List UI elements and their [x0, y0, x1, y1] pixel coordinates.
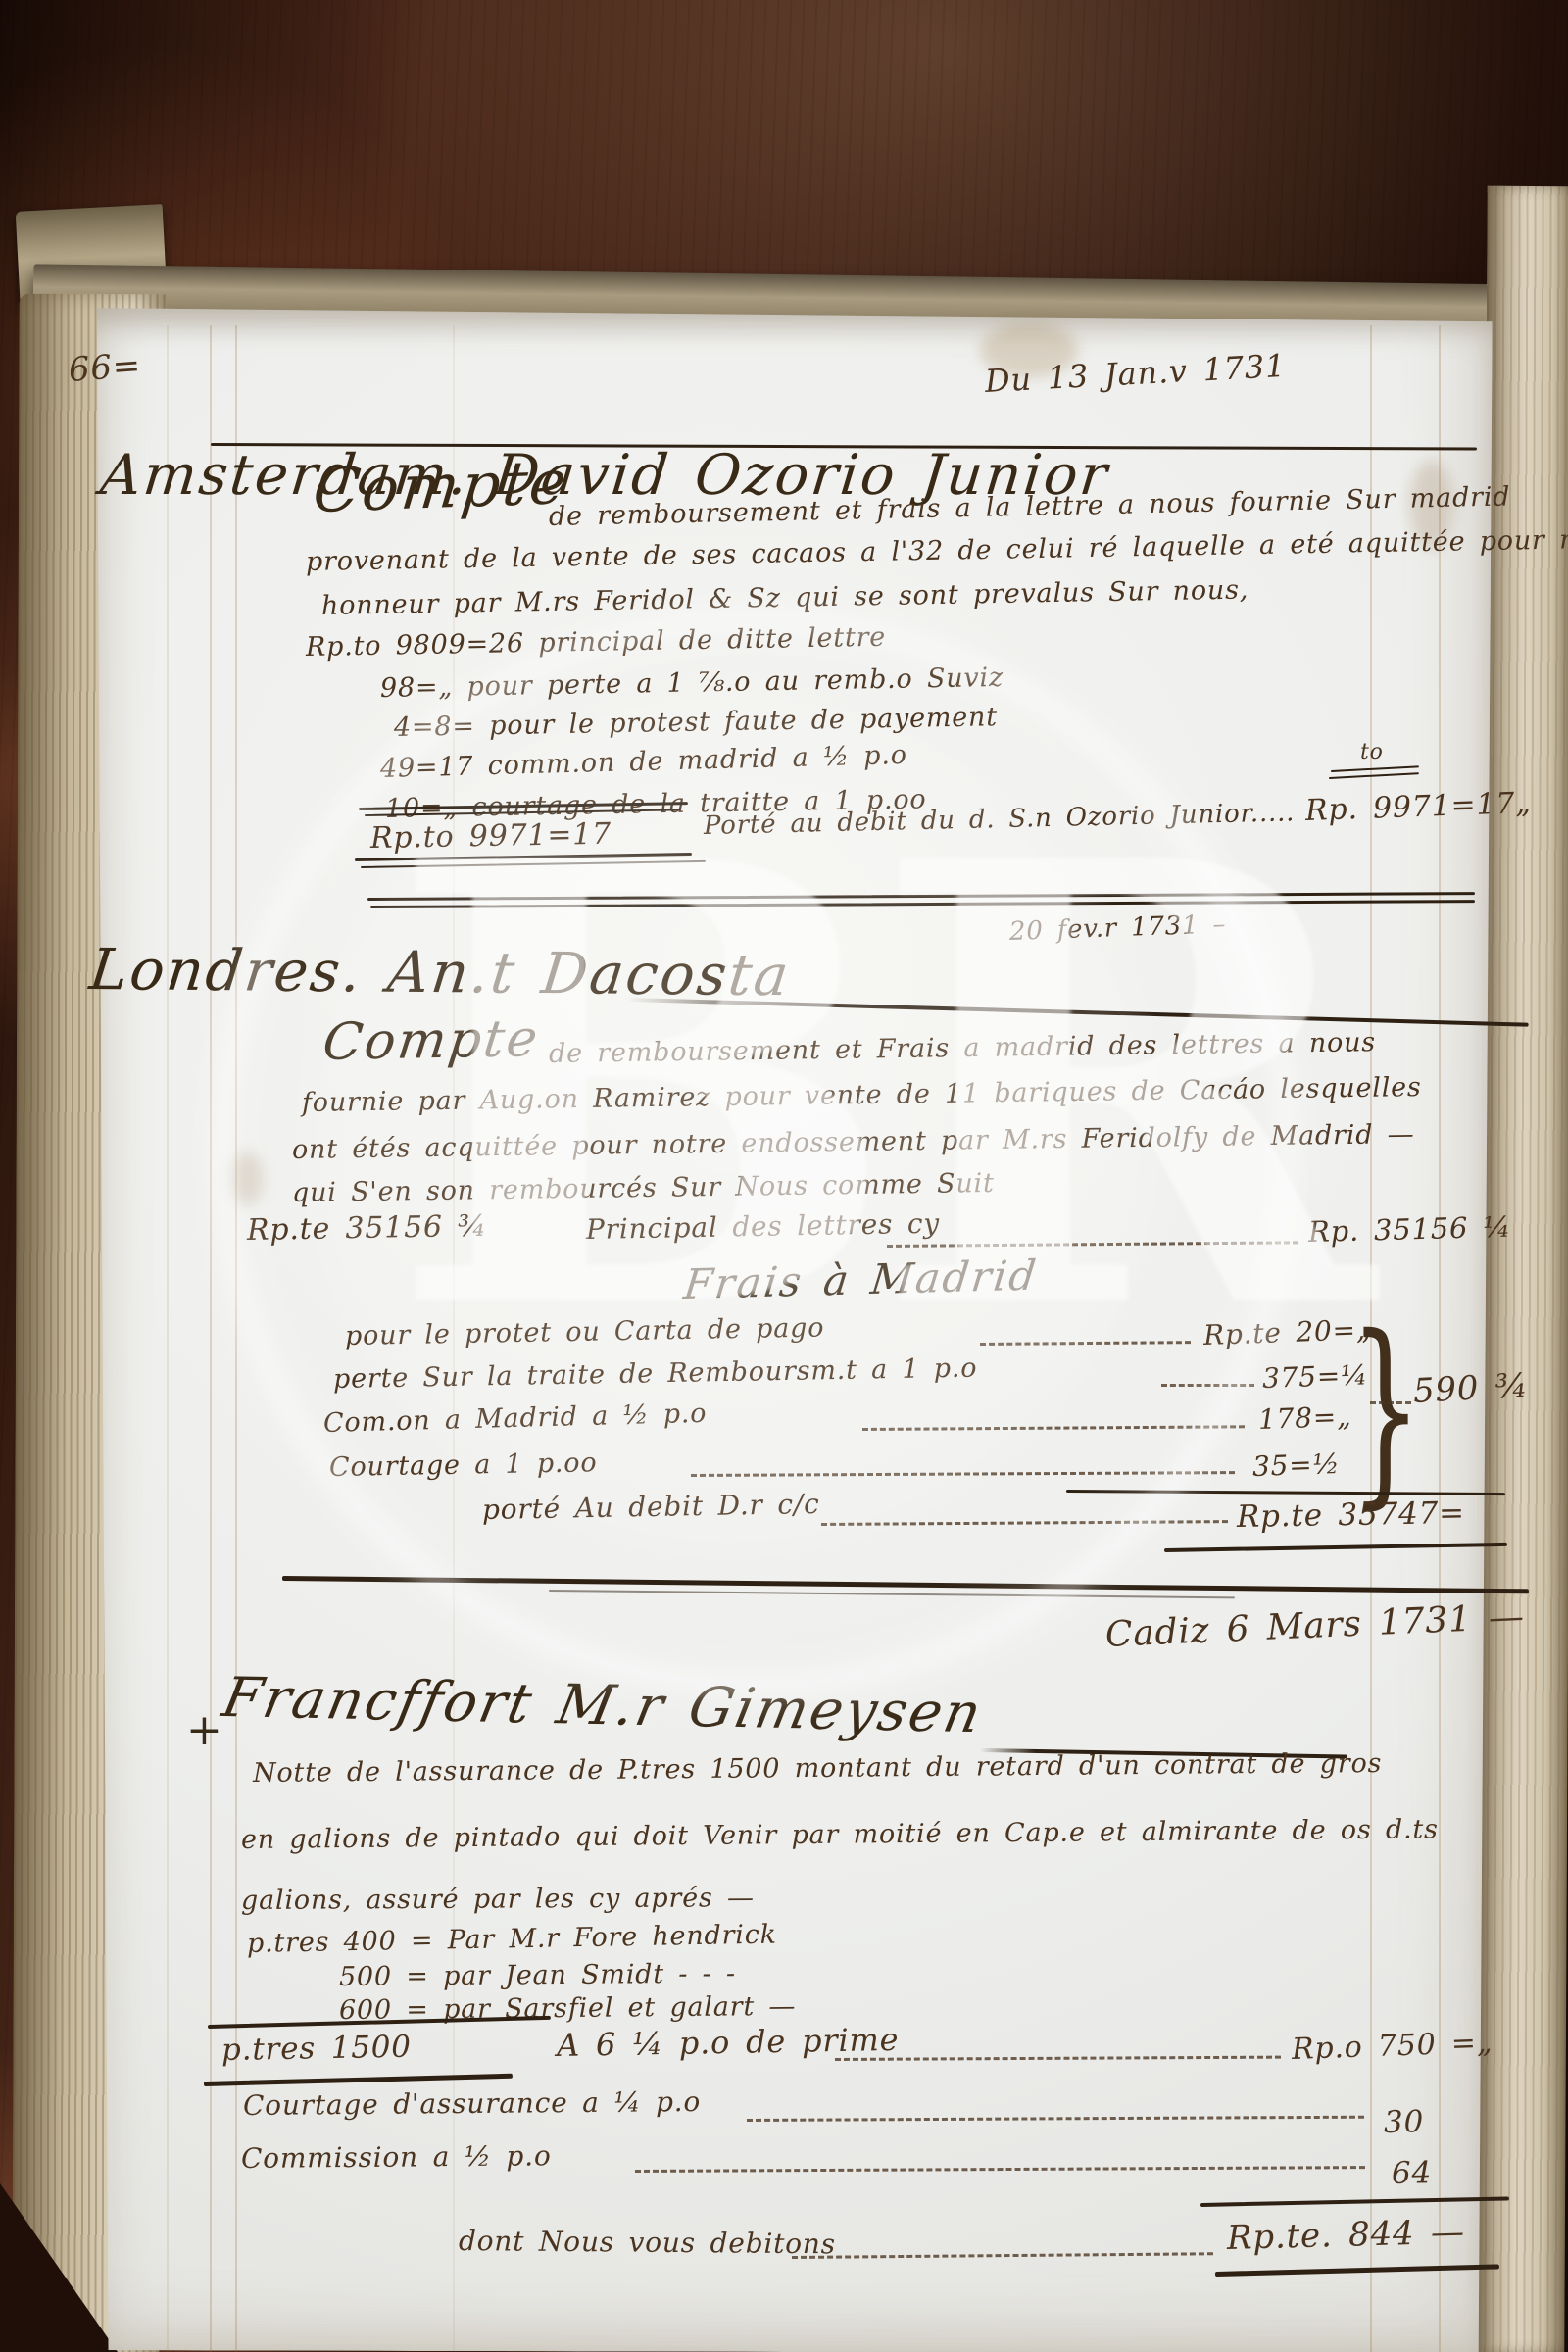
final-total-value: Rp.te. 844 — — [1226, 2213, 1465, 2258]
commission-value: 64 — [1392, 2155, 1433, 2191]
insurer-line: 500 = par Jean Smidt - - - — [339, 1958, 736, 1992]
dotted-leader — [1161, 1384, 1254, 1387]
commission-label: Commission a ½ p.o — [241, 2139, 552, 2175]
premium-amount: p.tres 1500 — [221, 2030, 412, 2068]
fee-label: Courtage a 1 p.oo — [329, 1447, 598, 1483]
lead-word: Compte — [310, 446, 571, 526]
final-debit-label: dont Nous vous debitons — [459, 2225, 836, 2260]
heading-flourish-mark: + — [186, 1705, 224, 1755]
paper-stain — [231, 1151, 263, 1205]
fee-value: Rp.te 20=„ — [1202, 1313, 1371, 1351]
lead-word: Compte — [319, 1009, 543, 1072]
body-line: galions, assuré par les cy aprés — — [241, 1883, 755, 1916]
courtage-value: 30 — [1384, 2104, 1425, 2140]
fee-group-total: 590 ¾ — [1412, 1366, 1530, 1411]
subheading-frais-a-madrid: Frais à Madrid — [681, 1250, 1041, 1308]
margin-mark: to — [1360, 740, 1384, 764]
courtage-label: Courtage d'assurance a ¼ p.o — [243, 2085, 701, 2122]
fee-value: 178=„ — [1257, 1400, 1352, 1436]
dotted-leader — [1370, 1401, 1411, 1404]
section-total: Rp.te 35747= — [1237, 1495, 1465, 1535]
fee-value: 35=½ — [1251, 1447, 1341, 1483]
section-heading-londres: Londres. An.t Dacosta — [86, 936, 794, 1008]
margin-rule-line — [210, 325, 212, 2352]
debit-label: porté Au debit D.r c/c — [482, 1488, 820, 1526]
page-number: 66= — [68, 346, 143, 390]
photo-of-ledger: 66= Du 13 Jan.v 1731 Amsterdam. David Oz… — [0, 0, 1568, 2352]
premium-value: Rp.o 750 =„ — [1291, 2026, 1493, 2067]
principal-value: Rp. 35156 ¼ — [1308, 1210, 1512, 1249]
margin-rule-line — [167, 325, 169, 2352]
total-amount-left: Rp.to 9971=17 — [370, 817, 612, 856]
principal-amount: Rp.te 35156 ¾ — [247, 1209, 488, 1248]
principal-label: Principal des lettres cy — [586, 1207, 941, 1246]
grouping-brace-icon: } — [1349, 1309, 1422, 1510]
